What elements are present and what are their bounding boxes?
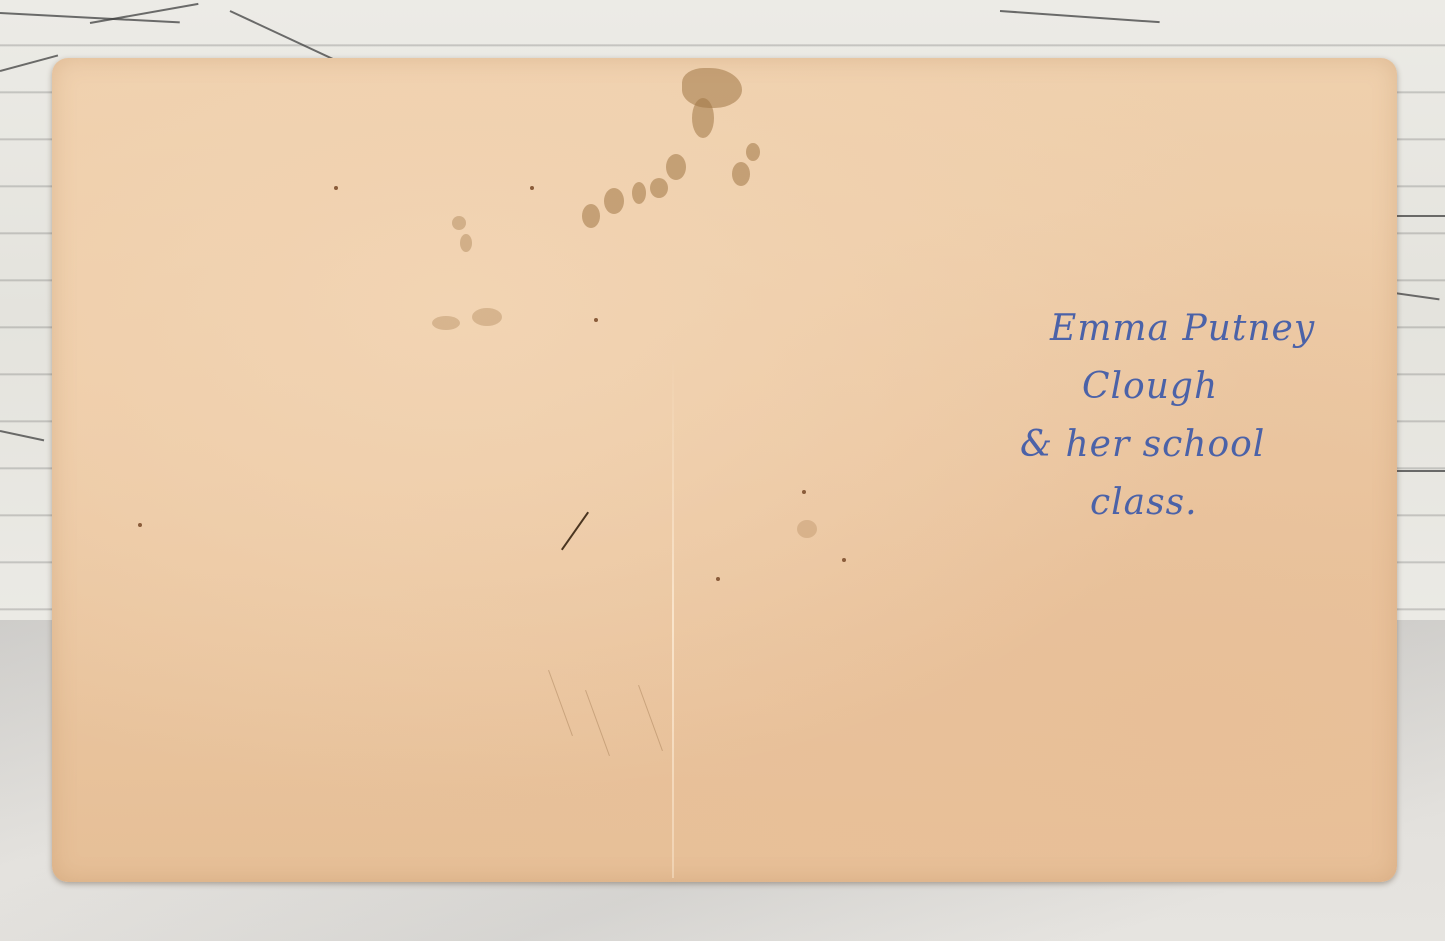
foxing-spot	[594, 318, 598, 322]
scuff-mark	[638, 685, 663, 751]
foxing-spot	[802, 490, 806, 494]
wood-crack	[1395, 470, 1445, 472]
card-crease	[672, 358, 674, 878]
inscription-line: class.	[1020, 474, 1340, 532]
scuff-mark	[585, 690, 610, 756]
foxing-spot	[716, 577, 720, 581]
water-stain	[692, 98, 714, 138]
foxing-spot	[334, 186, 338, 190]
handwritten-inscription: Emma Putney Clough & her school class.	[1020, 300, 1340, 532]
foxing-spot	[138, 523, 142, 527]
foxing-spot	[530, 186, 534, 190]
water-stain	[472, 308, 502, 326]
water-stain	[582, 204, 600, 228]
inscription-line: Emma Putney	[1020, 300, 1340, 358]
water-stain	[432, 316, 460, 330]
water-stain	[666, 154, 686, 180]
water-stain	[632, 182, 646, 204]
scuff-mark	[548, 670, 573, 736]
inscription-line: & her school	[1020, 416, 1340, 474]
water-stain	[650, 178, 668, 198]
inscription-line: Clough	[1020, 358, 1340, 416]
cabinet-card: Emma Putney Clough & her school class.	[52, 58, 1397, 882]
water-stain	[604, 188, 624, 214]
water-stain	[460, 234, 472, 252]
ink-gash	[561, 512, 589, 551]
water-stain	[682, 68, 742, 108]
wood-crack	[1395, 215, 1445, 217]
water-stain	[452, 216, 466, 230]
foxing-spot	[842, 558, 846, 562]
water-stain	[732, 162, 750, 186]
water-stain	[746, 143, 760, 161]
water-stain	[797, 520, 817, 538]
